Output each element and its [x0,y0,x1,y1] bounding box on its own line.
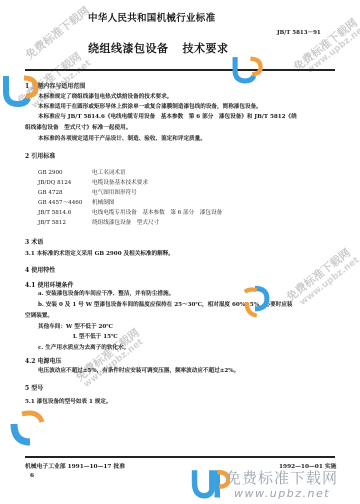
reference-code: GB 4457～4460 [38,198,92,206]
standard-number: JB/T 5813－91 [277,28,321,36]
up-logo-icon [238,282,272,322]
approval-date: 机械电子工业部 1991—10—17 批准 [25,461,125,470]
reference-title: 电工名词术语 [92,170,126,176]
section-3-heading: 3 术语 [25,237,43,246]
section-5-heading: 5 型号 [25,383,43,392]
section-1-paragraph-3-line-1: 本标准应与 JB/T 5814.6《电线电缆专用设备 基本参数 第 6 部分 漆… [38,113,297,122]
section-4-2-text: 电压波动应不超过±5%，有条件时应安装可调变压器，频率波动应不超过±2%。 [38,367,239,376]
reference-row: JB/T 5814.6电线电缆专用设备 基本参数 第 6 部分 漆包设备 [38,208,222,216]
reference-code: JB/DQ 8124 [38,180,92,186]
reference-row: GB 4728电气图用图形符号 [38,188,137,196]
up-logo-icon [190,465,230,501]
footer-divider [25,456,335,458]
reference-code: GB 4728 [38,190,92,196]
section-4-2-heading: 4.2 电源电压 [25,356,62,365]
brand-url: www.upbz.net [234,487,330,500]
page-number: 6 [30,473,34,479]
section-4-heading: 4 使用特性 [25,265,55,274]
item-a: a. 安装漆包设备的车间应干净、整洁，并有防尘措施。 [38,290,174,299]
reference-row: GB 4457～4460机械制图 [38,198,114,206]
brand-name: 免费标准下载网 [226,467,338,488]
title-part-2: 技术要求 [183,42,229,55]
up-logo-icon [230,52,264,86]
section-2-heading: 2 引用标准 [25,151,55,160]
section-1-paragraph-3-line-2: 组线漆包设备 型式尺寸》标准一起使用。 [25,124,131,133]
standard-organization: 中华人民共和国机械行业标准 [88,10,215,24]
item-b-line-2: 空调装置。 [25,312,53,321]
reference-code: JB/T 5812 [38,220,92,226]
reference-title: 绕组线漆包设备 型式尺寸 [92,220,159,226]
reference-code: GB 2900 [38,170,92,176]
reference-row: JB/T 5812绕组线漆包设备 型式尺寸 [38,218,159,226]
section-4-1-heading: 4.1 使用环境条件 [25,280,74,289]
section-3-1-text: 3.1 本标准的术语定义采用 GB 2900 及相关标准的解释。 [25,250,174,259]
other-workshop-w: 其他车间：W 型不低于 20℃ [38,323,113,332]
reference-row: JB/DQ 8124电缆设备基本技术要求 [38,178,148,186]
reference-row: GB 2900电工名词术语 [38,168,126,176]
up-logo-icon [0,70,40,110]
title-part-1: 绕组线漆包设备 [88,42,169,55]
section-1-paragraph-2: 本标准适用于在圆形或矩形导体上烘涂单一或复合漆膜制造漆包线的设备，简称漆包设备。 [38,103,262,112]
reference-title: 电线电缆专用设备 基本参数 第 6 部分 漆包设备 [92,210,222,216]
reference-title: 电缆设备基本技术要求 [92,180,148,186]
reference-title: 电气图用图形符号 [92,190,137,196]
section-1-paragraph-1: 本标准规定了绕组线漆包电热式烘焙设备的技术要求。 [38,93,172,102]
section-5-1-text: 5.1 漆包设备的型号如表 1 规定。 [25,398,112,407]
watermark-text: 免费标准下载网 [22,3,93,63]
reference-title: 机械制图 [92,200,114,206]
up-logo-icon [8,408,48,448]
section-1-paragraph-4: 本标准的各项规定适用于产品设计、制造、验收、鉴定和评定质量。 [38,135,206,144]
document-title: 绕组线漆包设备技术要求 [88,40,229,56]
reference-code: JB/T 5814.6 [38,210,92,216]
